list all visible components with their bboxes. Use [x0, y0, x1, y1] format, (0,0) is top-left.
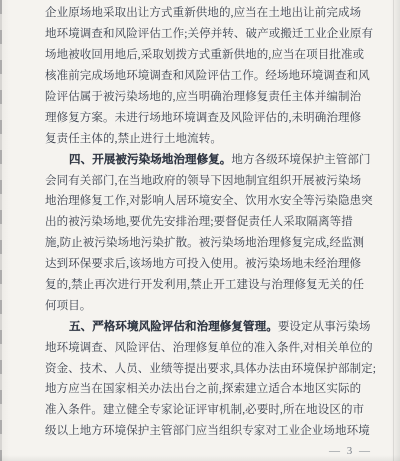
text-line: 地方应当在国家相关办法出台之前,探索建立适合本地区实际的 [45, 378, 358, 399]
line-text: 出的被污染场地,要优先安排治理;要督促责任人采取隔离等措 [45, 213, 353, 229]
line-text: 险评估属于被污染场地的,应当明确治理修复责任主体并编制治 [45, 88, 361, 104]
text-line: 出的被污染场地,要优先安排治理;要督促责任人采取隔离等措 [45, 211, 358, 232]
line-text: 地环境调查和风险评估工作;关停并转、破产或搬迁工业企业原有 [45, 25, 373, 41]
text-line: 级以上地方环境保护主管部门应当组织专家对工业企业场地环境 [45, 420, 358, 441]
line-text: 施,防止被污染场地污染扩散。被污染场地治理修复完成,经监测 [45, 234, 364, 250]
line-text: 场地被收回用地后,采取划拨方式重新供地的,应当在项目批准或 [45, 46, 364, 62]
text-line: 会同有关部门,在当地政府的领导下因地制宜组织开展被污染场 [45, 169, 358, 190]
text-line: 地环境调查、风险评估、治理修复单位的准入条件,对相关单位的 [45, 336, 358, 357]
line-text: 地治理修复工作,对影响人居环境安全、饮用水安全等污染隐患突 [45, 192, 373, 208]
text-line: 企业原场地采取出让方式重新供地的,应当在土地出让前完成场 [45, 2, 358, 23]
text-line: 复责任主体的,禁止进行土地流转。 [45, 127, 358, 148]
text-line: 五、严格环境风险评估和治理修复管理。要设定从事污染场 [45, 315, 358, 336]
line-text: 准入条件。建立健全专家论证评审机制,必要时,所在地设区的市 [45, 401, 364, 417]
line-text: 会同有关部门,在当地政府的领导下因地制宜组织开展被污染场 [45, 172, 361, 188]
text-line: 何项目。 [45, 294, 358, 315]
document-page: 企业原场地采取出让方式重新供地的,应当在土地出让前完成场 地环境调查和风险评估工… [0, 0, 400, 461]
text-line: 达到环保要求后,该场地方可投入使用。被污染场地未经治理修 [45, 253, 358, 274]
text-line: 施,防止被污染场地污染扩散。被污染场地治理修复完成,经监测 [45, 232, 358, 253]
text-line: 复的,禁止再次进行开发利用,禁止开工建设与治理修复无关的任 [45, 274, 358, 295]
text-line: 地治理修复工作,对影响人居环境安全、饮用水安全等污染隐患突 [45, 190, 358, 211]
line-text: 级以上地方环境保护主管部门应当组织专家对工业企业场地环境 [45, 422, 370, 438]
line-text: 达到环保要求后,该场地方可投入使用。被污染场地未经治理修 [45, 255, 361, 271]
text-line: 核准前完成场地环境调查和风险评估工作。经场地环境调查和风 [45, 65, 358, 86]
section-5-heading: 五、严格环境风险评估和治理修复管理。 [69, 318, 278, 334]
line-text: 复责任主体的,禁止进行土地流转。 [45, 130, 222, 146]
section-4-heading: 四、开展被污染场地治理修复。 [69, 151, 231, 167]
text-line: 地环境调查和风险评估工作;关停并转、破产或搬迁工业企业原有 [45, 23, 358, 44]
text-line: 准入条件。建立健全专家论证评审机制,必要时,所在地设区的市 [45, 399, 358, 420]
line-text: 复的,禁止再次进行开发利用,禁止开工建设与治理修复无关的任 [45, 276, 364, 292]
text-line: 理修复方案。未进行场地环境调查及风险评估的,未明确治理修 [45, 106, 358, 127]
document-text-block: 企业原场地采取出让方式重新供地的,应当在土地出让前完成场 地环境调查和风险评估工… [45, 2, 358, 441]
line-text: 核准前完成场地环境调查和风险评估工作。经场地环境调查和风 [45, 67, 370, 83]
text-line: 场地被收回用地后,采取划拨方式重新供地的,应当在项目批准或 [45, 44, 358, 65]
line-text: 地方各级环境保护主管部门 [231, 151, 370, 167]
line-text: 资金、技术、人员、业绩等提出要求,具体办法由环境保护部制定; [45, 360, 376, 376]
text-line: 四、开展被污染场地治理修复。地方各级环境保护主管部门 [45, 148, 358, 169]
scan-edge-left-artifact [0, 0, 2, 461]
text-line: 资金、技术、人员、业绩等提出要求,具体办法由环境保护部制定; [45, 357, 358, 378]
line-text: 地方应当在国家相关办法出台之前,探索建立适合本地区实际的 [45, 380, 361, 396]
line-text: 地环境调查、风险评估、治理修复单位的准入条件,对相关单位的 [45, 339, 373, 355]
page-number: — 3 — [329, 445, 372, 457]
text-line: 险评估属于被污染场地的,应当明确治理修复责任主体并编制治 [45, 86, 358, 107]
line-text: 企业原场地采取出让方式重新供地的,应当在土地出让前完成场 [45, 4, 361, 20]
line-text: 理修复方案。未进行场地环境调查及风险评估的,未明确治理修 [45, 109, 361, 125]
line-text: 要设定从事污染场 [278, 318, 371, 334]
line-text: 何项目。 [45, 297, 91, 313]
scan-edge-right-artifact [393, 0, 394, 461]
